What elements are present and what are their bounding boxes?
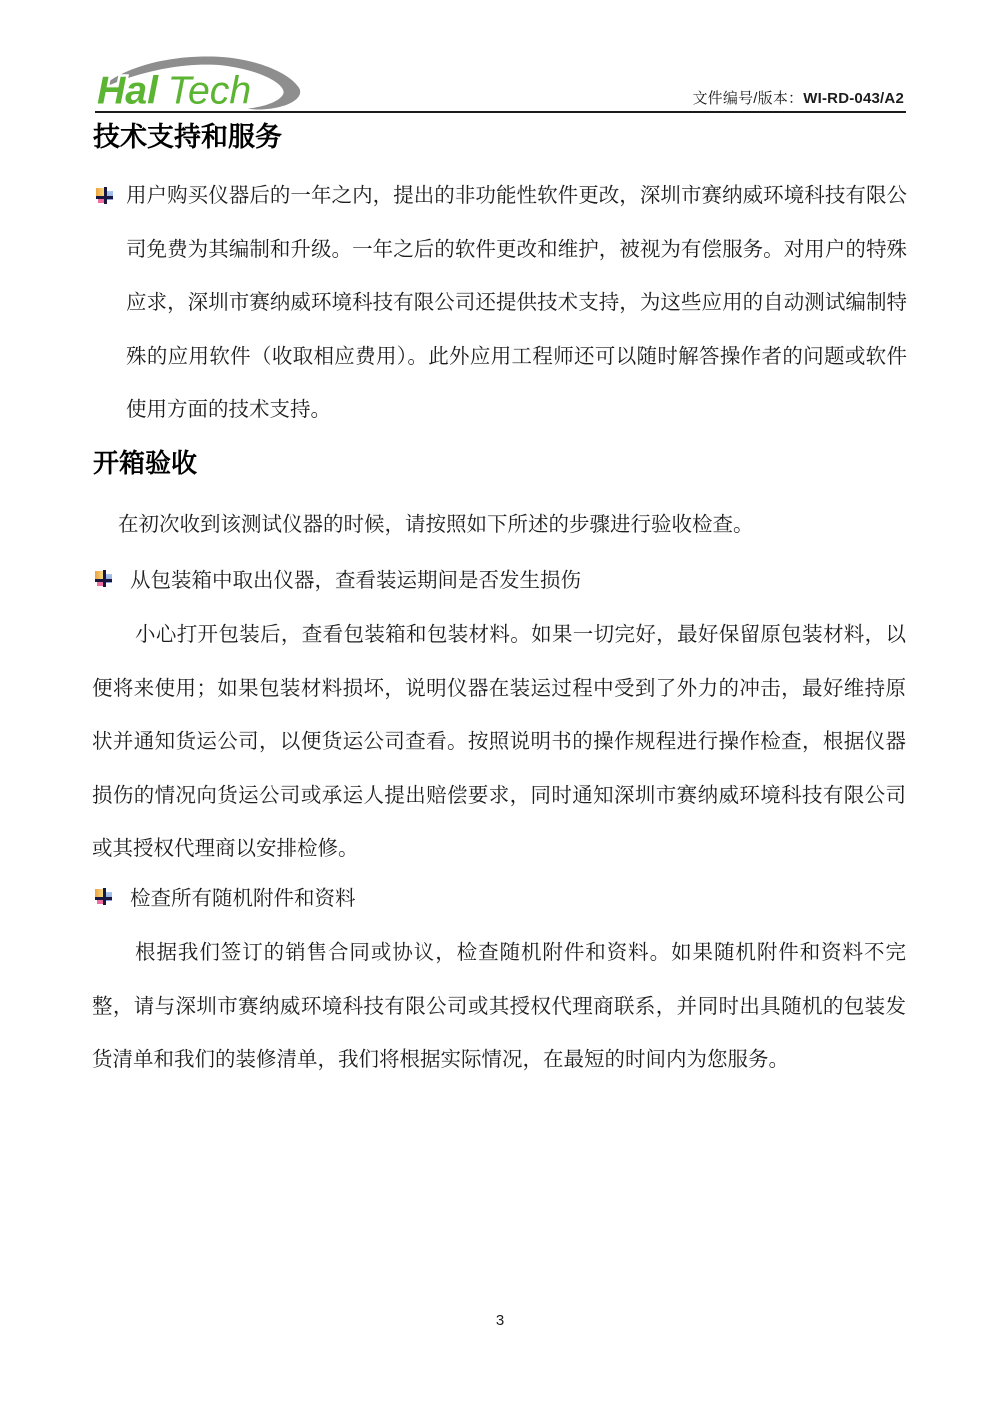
document-code-label: 文件编号/版本： — [692, 90, 803, 107]
page-number: 3 — [0, 1312, 1000, 1329]
colored-cross-bullet-icon — [95, 570, 112, 587]
section-title-unpacking: 开箱验收 — [93, 443, 197, 480]
colored-cross-bullet-icon — [95, 888, 112, 905]
company-logo: Hal Tech — [95, 55, 303, 113]
unpacking-bullet-1: 从包装箱中取出仪器，查看装运期间是否发生损伤 — [95, 563, 581, 593]
document-code-value: WI-RD-043/A2 — [803, 90, 904, 107]
unpacking-bullet-2: 检查所有随机附件和资料 — [95, 881, 356, 911]
header-divider — [95, 111, 906, 113]
document-code: 文件编号/版本：WI-RD-043/A2 — [692, 87, 904, 108]
unpacking-intro: 在初次收到该测试仪器的时候，请按照如下所述的步骤进行验收检查。 — [93, 499, 906, 553]
logo-text-bold: Hal — [97, 69, 159, 113]
section-title-tech-support: 技术支持和服务 — [93, 115, 282, 154]
unpacking-bullet-2-title: 检查所有随机附件和资料 — [130, 881, 356, 911]
document-page: Hal Tech 文件编号/版本：WI-RD-043/A2 技术支持和服务 用户… — [0, 0, 1000, 1414]
unpacking-bullet-2-body: 根据我们签订的销售合同或协议，检查随机附件和资料。如果随机附件和资料不完整，请与… — [92, 927, 906, 1088]
bullet-cross-horizontal — [96, 196, 113, 199]
bullet-cross-horizontal — [95, 897, 112, 900]
support-bullet-text: 用户购买仪器后的一年之内，提出的非功能性软件更改，深圳市赛纳威环境科技有限公司免… — [126, 170, 907, 438]
unpacking-bullet-1-title: 从包装箱中取出仪器，查看装运期间是否发生损伤 — [130, 563, 581, 593]
colored-cross-bullet-icon — [96, 187, 113, 204]
support-bullet-item: 用户购买仪器后的一年之内，提出的非功能性软件更改，深圳市赛纳威环境科技有限公司免… — [95, 170, 907, 438]
logo-text-light: Tech — [168, 69, 252, 113]
unpacking-bullet-1-body: 小心打开包装后，查看包装箱和包装材料。如果一切完好，最好保留原包装材料，以便将来… — [92, 609, 906, 877]
bullet-cross-horizontal — [95, 579, 112, 582]
logo-swoosh-icon: Hal Tech — [95, 55, 303, 113]
